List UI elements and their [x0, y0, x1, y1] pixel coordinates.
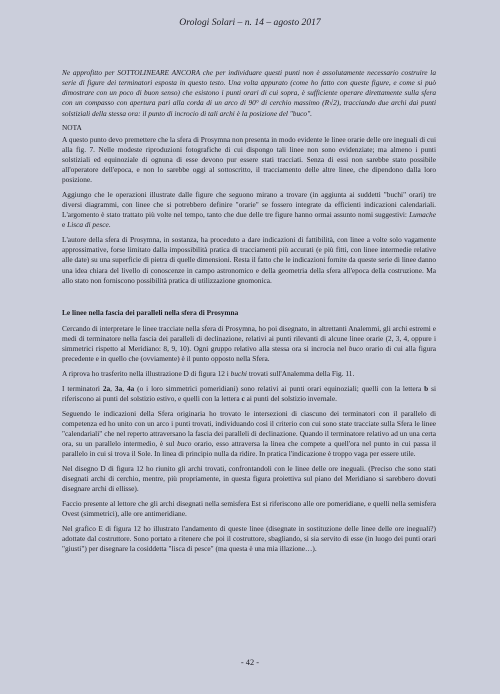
- section-spacer: [62, 291, 436, 308]
- text-run: A riprova ho trasferito nella illustrazi…: [62, 369, 231, 378]
- intro-paragraph: Ne approfitto per SOTTOLINEARE ANCORA ch…: [62, 68, 436, 119]
- text-run: I terminatori: [62, 384, 103, 393]
- page-body: Ne approfitto per SOTTOLINEARE ANCORA ch…: [62, 68, 436, 559]
- section-paragraph-4: Seguendo le indicazioni della Sfera orig…: [62, 409, 436, 460]
- emphasis-lumache: Lumache: [409, 210, 436, 219]
- text-run: (o i loro simmetrici pomeridiani) sono r…: [134, 384, 424, 393]
- section-heading: Le linee nella fascia dei paralleli nell…: [62, 308, 436, 318]
- emphasis-lisca: Lisca di pesce: [67, 220, 109, 229]
- page-number: - 42 -: [0, 658, 500, 667]
- section-paragraph-3: I terminatori 2a, 3a, 4a (o i loro simme…: [62, 384, 436, 404]
- section-paragraph-2: A riprova ho trasferito nella illustrazi…: [62, 369, 436, 379]
- nota-paragraph-3: L'autore della sfera di Prosymna, in sos…: [62, 235, 436, 286]
- section-paragraph-1: Cercando di interpretare le linee tracci…: [62, 324, 436, 365]
- terminator-label: 2a: [103, 384, 110, 393]
- section-paragraph-5: Nel disegno D di figura 12 ho riunito gl…: [62, 464, 436, 494]
- text-run: .: [109, 220, 111, 229]
- nota-paragraph-2: Aggiungo che le operazioni illustrate da…: [62, 190, 436, 231]
- nota-label: NOTA: [62, 123, 436, 133]
- text-run: trovati sull'Analemma della Fig. 11.: [247, 369, 354, 378]
- emphasis-buco: buco: [349, 344, 363, 353]
- section-paragraph-7: Nel grafico E di figura 12 ho illustrato…: [62, 524, 436, 554]
- section-paragraph-6: Faccio presente al lettore che gli archi…: [62, 499, 436, 519]
- nota-paragraph-1: A questo punto devo premettere che la sf…: [62, 135, 436, 186]
- emphasis-buco: buco: [177, 439, 191, 448]
- emphasis-buchi: buchi: [231, 369, 247, 378]
- document-page: Orologi Solari – n. 14 – agosto 2017 Ne …: [0, 0, 500, 694]
- text-run: ai punti del solstizio invernale.: [245, 394, 337, 403]
- running-header: Orologi Solari – n. 14 – agosto 2017: [0, 17, 500, 28]
- terminator-label: 3a: [115, 384, 122, 393]
- text-run: Aggiungo che le operazioni illustrate da…: [62, 190, 436, 219]
